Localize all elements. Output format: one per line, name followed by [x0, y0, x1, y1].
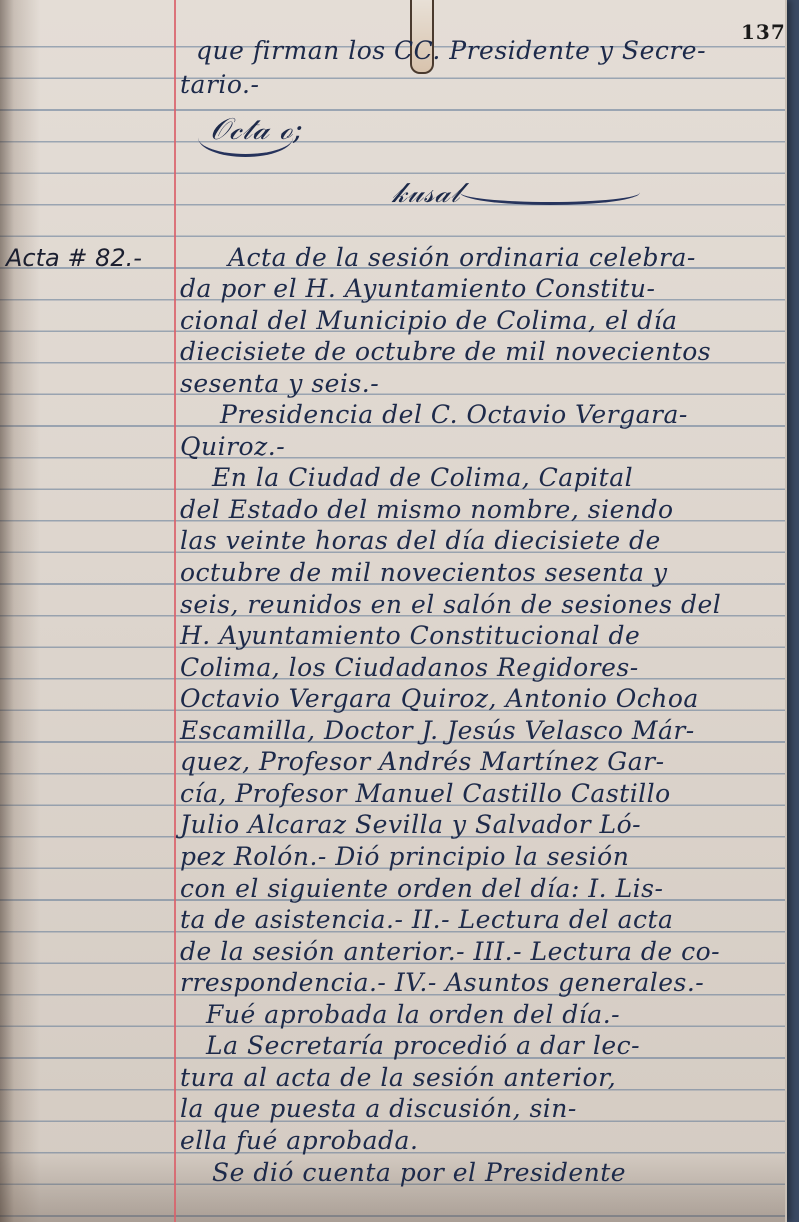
body-line: Colima, los Ciudadanos Regidores-	[180, 653, 639, 682]
body-line: Se dió cuenta por el Presidente	[212, 1158, 626, 1187]
body-line: H. Ayuntamiento Constitucional de	[180, 621, 640, 650]
body-line: La Secretaría procedió a dar lec-	[206, 1031, 640, 1060]
body-line: Acta de la sesión ordinaria celebra-	[228, 243, 696, 272]
body-line: diecisiete de octubre de mil novecientos	[180, 337, 711, 366]
body-line: las veinte horas del día diecisiete de	[180, 526, 661, 555]
red-margin-line	[174, 0, 176, 1222]
body-line: octubre de mil novecientos sesenta y	[180, 558, 668, 587]
body-line: Julio Alcaraz Sevilla y Salvador Ló-	[180, 810, 641, 839]
body-line: la que puesta a discusión, sin-	[180, 1094, 577, 1123]
body-line: En la Ciudad de Colima, Capital	[212, 463, 633, 492]
body-line: ella fué aprobada.	[180, 1126, 418, 1155]
body-line: con el siguiente orden del día: I. Lis-	[180, 874, 663, 903]
body-line: Presidencia del C. Octavio Vergara-	[220, 400, 688, 429]
body-line: sesenta y seis.-	[180, 369, 379, 398]
body-line: cía, Profesor Manuel Castillo Castillo	[180, 779, 671, 808]
body-line: Fué aprobada la orden del día.-	[206, 1000, 620, 1029]
ledger-page: 137 que firman los CC. Presidente y Secr…	[0, 0, 787, 1222]
body-line: rrespondencia.- IV.- Asuntos generales.-	[180, 968, 704, 997]
body-line: pez Rolón.- Dió principio la sesión	[180, 842, 629, 871]
signature-president-glyph: 𝒪𝒸𝓉𝒶 ℴ;	[210, 112, 304, 147]
body-line: Octavio Vergara Quiroz, Antonio Ochoa	[180, 684, 699, 713]
body-line: tura al acta de la sesión anterior,	[180, 1063, 616, 1092]
continuation-line-1: que firman los CC. Presidente y Secre-	[196, 36, 706, 65]
body-line: da por el H. Ayuntamiento Constitu-	[180, 274, 655, 303]
acta-number-margin-note: Acta # 82.-	[6, 244, 142, 272]
signature-secretary-glyph: 𝓀𝓊𝓈𝒶𝓁	[392, 176, 460, 210]
body-line: Quiroz.-	[180, 432, 285, 461]
body-line: seis, reunidos en el salón de sesiones d…	[180, 590, 721, 619]
body-line: quez, Profesor Andrés Martínez Gar-	[180, 747, 665, 776]
body-line: del Estado del mismo nombre, siendo	[180, 495, 674, 524]
continuation-line-2: tario.-	[180, 70, 259, 99]
page-number: 137	[741, 20, 786, 44]
body-line: cional del Municipio de Colima, el día	[180, 306, 678, 335]
signature-secretary-flourish	[460, 180, 640, 205]
body-line: de la sesión anterior.- III.- Lectura de…	[180, 937, 720, 966]
body-line: Escamilla, Doctor J. Jesús Velasco Már-	[180, 716, 695, 745]
body-line: ta de asistencia.- II.- Lectura del acta	[180, 905, 673, 934]
